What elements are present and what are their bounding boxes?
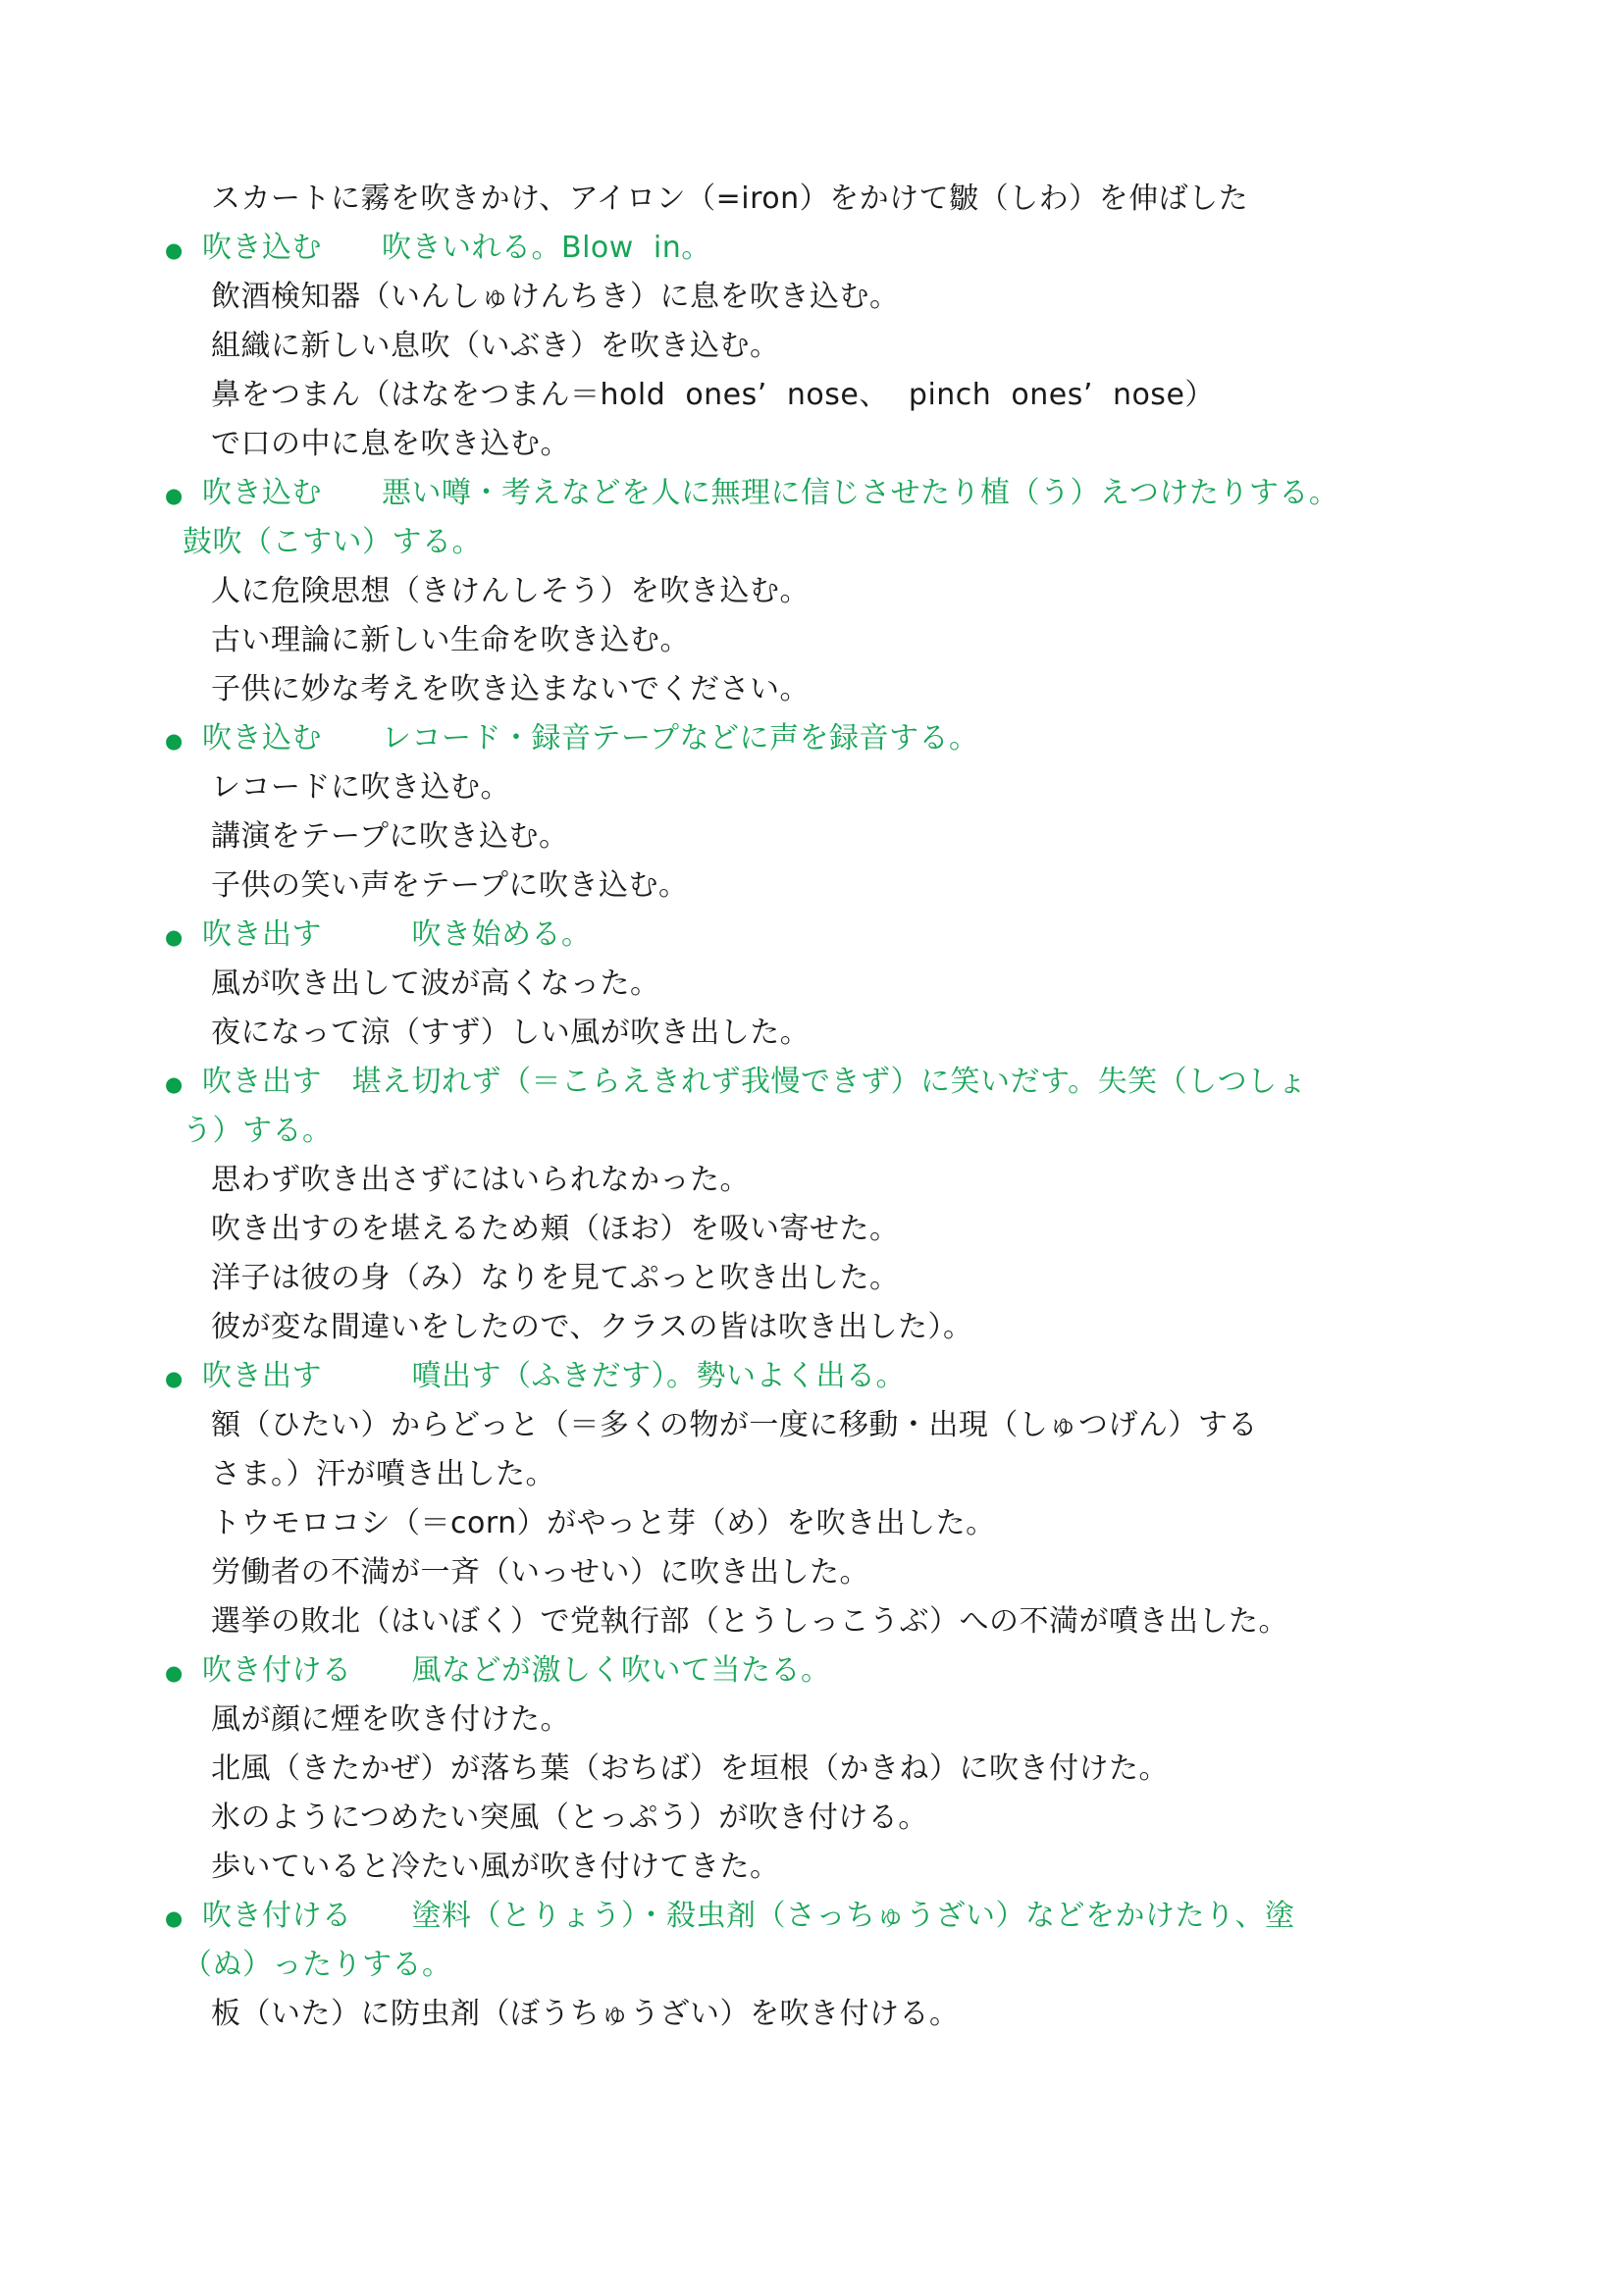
example-line: 子供に妙な考えを吹き込まないでください。 xyxy=(0,665,1624,714)
headword-line: ●吹き出す 堪え切れず（＝こらえきれず我慢できず）に笑いだす。失笑（しつしょ xyxy=(0,1058,1624,1107)
line-text: 吹き込む レコード・録音テープなどに声を録音する。 xyxy=(202,721,979,756)
example-line: 風が吹き出して波が高くなった。 xyxy=(0,960,1624,1009)
line-text: 風が吹き出して波が高くなった。 xyxy=(211,966,660,1001)
document-page: スカートに霧を吹きかけ、アイロン（=iron）をかけて皺（しわ）を伸ばした●吹き… xyxy=(0,0,1624,2296)
example-line: 飲酒検知器（いんしゅけんちき）に息を吹き込む。 xyxy=(0,273,1624,322)
bullet-icon: ● xyxy=(165,1354,202,1403)
example-line: 労働者の不満が一斉（いっせい）に吹き出した。 xyxy=(0,1548,1624,1597)
line-text: 吹き付ける 塗料（とりょう）・殺虫剤（さっちゅうざい）などをかけたり、塗 xyxy=(202,1899,1295,1933)
headword-line: ●吹き出す 吹き始める。 xyxy=(0,911,1624,960)
line-text: 鼓吹（こすい）する。 xyxy=(183,525,482,559)
document-content: スカートに霧を吹きかけ、アイロン（=iron）をかけて皺（しわ）を伸ばした●吹き… xyxy=(0,175,1624,2039)
example-line: 彼が変な間違いをしたので、クラスの皆は吹き出した）。 xyxy=(0,1303,1624,1352)
line-text: 洋子は彼の身（み）なりを見てぷっと吹き出した。 xyxy=(211,1261,900,1295)
bullet-icon: ● xyxy=(165,1060,202,1109)
bullet-icon: ● xyxy=(165,913,202,962)
example-line: トウモロコシ（＝corn）がやっと芽（め）を吹き出した。 xyxy=(0,1499,1624,1548)
headword-line: ●吹き付ける 塗料（とりょう）・殺虫剤（さっちゅうざい）などをかけたり、塗 xyxy=(0,1892,1624,1941)
line-text: レコードに吹き込む。 xyxy=(211,770,510,805)
example-line: 選挙の敗北（はいぼく）で党執行部（とうしっこうぶ）への不満が噴き出した。 xyxy=(0,1597,1624,1646)
line-text: 夜になって涼（すず）しい風が吹き出した。 xyxy=(211,1016,810,1050)
line-text: 子供の笑い声をテープに吹き込む。 xyxy=(211,868,689,903)
line-text: 選挙の敗北（はいぼく）で党執行部（とうしっこうぶ）への不満が噴き出した。 xyxy=(211,1604,1288,1639)
example-line: 子供の笑い声をテープに吹き込む。 xyxy=(0,861,1624,911)
bullet-icon: ● xyxy=(165,1894,202,1943)
example-line: 北風（きたかぜ）が落ち葉（おちば）を垣根（かきね）に吹き付けた。 xyxy=(0,1745,1624,1794)
line-text: 組織に新しい息吹（いぶき）を吹き込む。 xyxy=(211,329,780,363)
line-text: 吹き出す 堪え切れず（＝こらえきれず我慢できず）に笑いだす。失笑（しつしょ xyxy=(202,1065,1307,1099)
example-line: 洋子は彼の身（み）なりを見てぷっと吹き出した。 xyxy=(0,1254,1624,1303)
line-text: 講演をテープに吹き込む。 xyxy=(211,819,569,854)
bullet-icon: ● xyxy=(165,1648,202,1697)
line-text: 氷のようにつめたい突風（とっぷう）が吹き付ける。 xyxy=(211,1800,928,1835)
headword-line: ●吹き出す 噴出す（ふきだす）。勢いよく出る。 xyxy=(0,1352,1624,1401)
line-text: 吹き付ける 風などが激しく吹いて当たる。 xyxy=(202,1653,831,1688)
example-line: で口の中に息を吹き込む。 xyxy=(0,420,1624,469)
line-text: 労働者の不満が一斉（いっせい）に吹き出した。 xyxy=(211,1555,869,1590)
line-text: 鼻をつまん（はなをつまん＝hold ones’ nose、 pinch ones… xyxy=(211,378,1215,412)
line-text: 飲酒検知器（いんしゅけんちき）に息を吹き込む。 xyxy=(211,280,900,314)
example-line: 夜になって涼（すず）しい風が吹き出した。 xyxy=(0,1009,1624,1058)
example-line: 講演をテープに吹き込む。 xyxy=(0,812,1624,861)
example-line: 鼻をつまん（はなをつまん＝hold ones’ nose、 pinch ones… xyxy=(0,371,1624,420)
example-line: 風が顔に煙を吹き付けた。 xyxy=(0,1696,1624,1745)
example-line: レコードに吹き込む。 xyxy=(0,763,1624,812)
line-text: 吹き出す 噴出す（ふきだす）。勢いよく出る。 xyxy=(202,1359,906,1393)
headword-line: ●吹き込む 悪い噂・考えなどを人に無理に信じさせたり植（う）えつけたりする。 xyxy=(0,469,1624,518)
bullet-icon: ● xyxy=(165,226,202,275)
example-line: 歩いていると冷たい風が吹き付けてきた。 xyxy=(0,1843,1624,1892)
example-line: 思わず吹き出さずにはいられなかった。 xyxy=(0,1156,1624,1205)
example-line: 人に危険思想（きけんしそう）を吹き込む。 xyxy=(0,567,1624,616)
line-text: さま。）汗が噴き出した。 xyxy=(211,1457,555,1491)
line-text: う）する。 xyxy=(183,1114,333,1148)
line-text: トウモロコシ（＝corn）がやっと芽（め）を吹き出した。 xyxy=(211,1506,996,1540)
line-text: 思わず吹き出さずにはいられなかった。 xyxy=(211,1163,750,1197)
line-text: 彼が変な間違いをしたので、クラスの皆は吹き出した）。 xyxy=(211,1310,973,1344)
headword-line: （ぬ）ったりする。 xyxy=(0,1941,1624,1990)
line-text: 吹き込む 悪い噂・考えなどを人に無理に信じさせたり植（う）えつけたりする。 xyxy=(202,476,1338,510)
example-line: さま。）汗が噴き出した。 xyxy=(0,1450,1624,1499)
headword-line: 鼓吹（こすい）する。 xyxy=(0,518,1624,567)
line-text: 北風（きたかぜ）が落ち葉（おちば）を垣根（かきね）に吹き付けた。 xyxy=(211,1751,1169,1786)
line-text: 歩いていると冷たい風が吹き付けてきた。 xyxy=(211,1850,780,1884)
headword-line: う）する。 xyxy=(0,1107,1624,1156)
line-text: （ぬ）ったりする。 xyxy=(183,1948,452,1982)
example-line: スカートに霧を吹きかけ、アイロン（=iron）をかけて皺（しわ）を伸ばした xyxy=(0,175,1624,224)
headword-line: ●吹き込む 吹きいれる。Blow in。 xyxy=(0,224,1624,273)
headword-line: ●吹き込む レコード・録音テープなどに声を録音する。 xyxy=(0,714,1624,763)
line-text: 人に危険思想（きけんしそう）を吹き込む。 xyxy=(211,574,810,608)
line-text: スカートに霧を吹きかけ、アイロン（=iron）をかけて皺（しわ）を伸ばした xyxy=(211,182,1248,216)
example-line: 板（いた）に防虫剤（ぼうちゅうざい）を吹き付ける。 xyxy=(0,1990,1624,2039)
line-text: 子供に妙な考えを吹き込まないでください。 xyxy=(211,672,810,706)
line-text: 吹き出す 吹き始める。 xyxy=(202,917,592,952)
headword-line: ●吹き付ける 風などが激しく吹いて当たる。 xyxy=(0,1646,1624,1696)
line-text: 古い理論に新しい生命を吹き込む。 xyxy=(211,623,690,657)
example-line: 吹き出すのを堪えるため頬（ほお）を吸い寄せた。 xyxy=(0,1205,1624,1254)
example-line: 組織に新しい息吹（いぶき）を吹き込む。 xyxy=(0,322,1624,371)
line-text: 額（ひたい）からどっと（＝多くの物が一度に移動・出現（しゅつげん）する xyxy=(211,1408,1258,1442)
line-text: で口の中に息を吹き込む。 xyxy=(211,427,570,461)
bullet-icon: ● xyxy=(165,716,202,765)
line-text: 板（いた）に防虫剤（ぼうちゅうざい）を吹き付ける。 xyxy=(211,1997,960,2031)
example-line: 古い理論に新しい生命を吹き込む。 xyxy=(0,616,1624,665)
bullet-icon: ● xyxy=(165,471,202,520)
line-text: 風が顔に煙を吹き付けた。 xyxy=(211,1702,570,1737)
example-line: 氷のようにつめたい突風（とっぷう）が吹き付ける。 xyxy=(0,1794,1624,1843)
example-line: 額（ひたい）からどっと（＝多くの物が一度に移動・出現（しゅつげん）する xyxy=(0,1401,1624,1450)
line-text: 吹き込む 吹きいれる。Blow in。 xyxy=(202,231,711,265)
line-text: 吹き出すのを堪えるため頬（ほお）を吸い寄せた。 xyxy=(211,1212,900,1246)
